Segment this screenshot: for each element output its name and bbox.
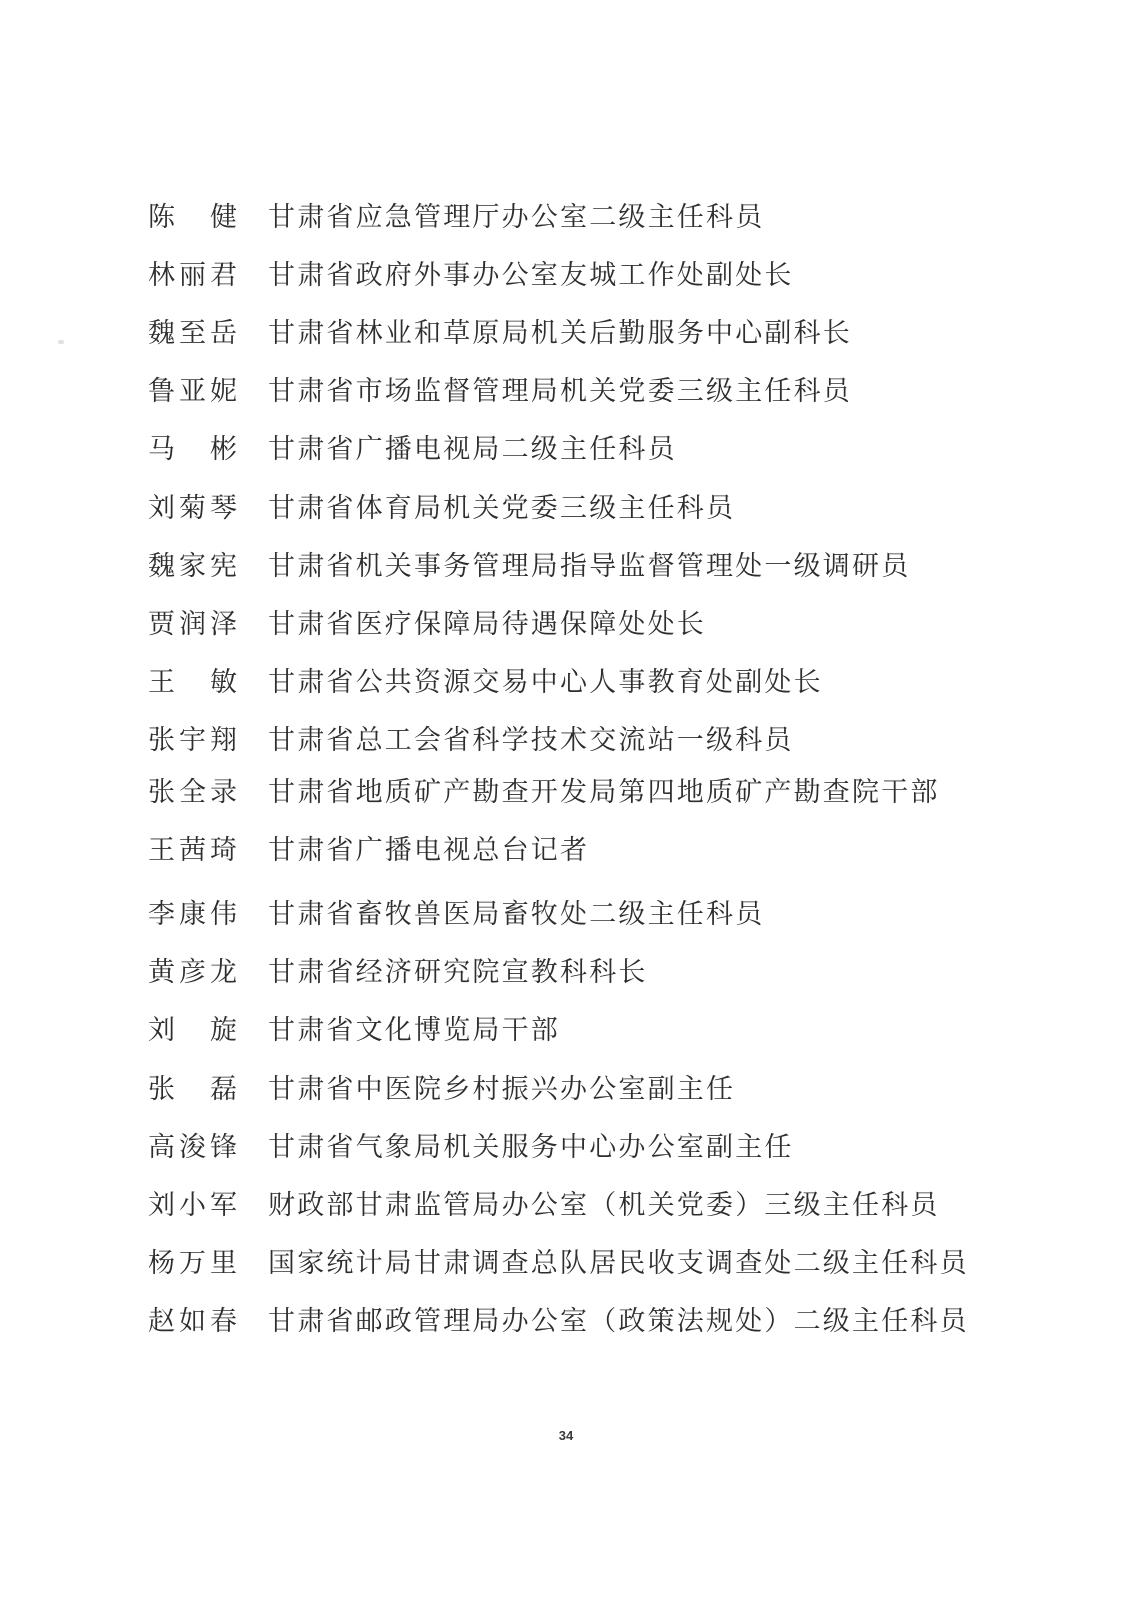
person-position: 甘肃省经济研究院宣教科科长 (268, 950, 648, 989)
name-char: 刘 (148, 1183, 176, 1222)
person-position: 甘肃省医疗保障局待遇保障处处长 (268, 602, 706, 641)
list-item: 刘小军财政部甘肃监管局办公室（机关党委）三级主任科员 (148, 1184, 940, 1220)
name-char: 君 (210, 253, 238, 292)
list-item: 张宇翔甘肃省总工会省科学技术交流站一级科员 (148, 719, 794, 755)
name-char: 琴 (210, 486, 238, 525)
name-char: 杨 (148, 1241, 176, 1280)
name-char: 魏 (148, 311, 176, 350)
person-name: 张宇翔 (148, 718, 238, 757)
list-item: 林丽君甘肃省政府外事办公室友城工作处副处长 (148, 254, 794, 290)
person-position: 甘肃省畜牧兽医局畜牧处二级主任科员 (268, 892, 764, 931)
list-item: 张全录甘肃省地质矿产勘查开发局第四地质矿产勘查院干部 (148, 771, 940, 807)
name-char: 浚 (179, 1125, 207, 1164)
person-name: 李康伟 (148, 892, 238, 931)
name-char: 旋 (210, 1008, 238, 1047)
person-name: 杨万里 (148, 1241, 238, 1280)
name-char: 翔 (210, 718, 238, 757)
name-char: 张 (148, 1067, 176, 1106)
scan-speck (58, 340, 64, 344)
person-name: 刘菊琴 (148, 486, 238, 525)
list-item: 马彬甘肃省广播电视局二级主任科员 (148, 428, 677, 464)
name-char: 张 (148, 718, 176, 757)
name-char: 丽 (179, 253, 207, 292)
person-name: 贾润泽 (148, 602, 238, 641)
list-item: 刘菊琴甘肃省体育局机关党委三级主任科员 (148, 487, 735, 523)
name-char: 宇 (179, 718, 207, 757)
name-char: 如 (179, 1299, 207, 1338)
name-char: 龙 (210, 950, 238, 989)
name-char: 里 (210, 1241, 238, 1280)
name-char: 敏 (210, 660, 238, 699)
document-page: 陈健甘肃省应急管理厅办公室二级主任科员林丽君甘肃省政府外事办公室友城工作处副处长… (0, 0, 1132, 1600)
list-item: 李康伟甘肃省畜牧兽医局畜牧处二级主任科员 (148, 893, 764, 929)
person-name: 魏家宪 (148, 544, 238, 583)
name-char: 宪 (210, 544, 238, 583)
name-char: 亚 (179, 369, 207, 408)
list-item: 魏家宪甘肃省机关事务管理局指导监督管理处一级调研员 (148, 545, 910, 581)
person-name: 王敏 (148, 660, 238, 699)
name-char: 录 (210, 770, 238, 809)
person-position: 甘肃省应急管理厅办公室二级主任科员 (268, 195, 764, 234)
name-char: 魏 (148, 544, 176, 583)
name-char: 陈 (148, 195, 176, 234)
name-char: 岳 (210, 311, 238, 350)
person-position: 甘肃省邮政管理局办公室（政策法规处）二级主任科员 (268, 1299, 969, 1338)
name-char: 锋 (210, 1125, 238, 1164)
person-position: 甘肃省地质矿产勘查开发局第四地质矿产勘查院干部 (268, 770, 940, 809)
person-position: 甘肃省文化博览局干部 (268, 1008, 560, 1047)
list-item: 黄彦龙甘肃省经济研究院宣教科科长 (148, 951, 648, 987)
person-position: 甘肃省林业和草原局机关后勤服务中心副科长 (268, 311, 852, 350)
person-position: 甘肃省公共资源交易中心人事教育处副处长 (268, 660, 823, 699)
person-position: 国家统计局甘肃调查总队居民收支调查处二级主任科员 (268, 1241, 969, 1280)
name-char: 菊 (179, 486, 207, 525)
person-name: 刘小军 (148, 1183, 238, 1222)
list-item: 王茜琦甘肃省广播电视总台记者 (148, 829, 589, 865)
name-char: 王 (148, 828, 176, 867)
person-name: 高浚锋 (148, 1125, 238, 1164)
list-item: 贾润泽甘肃省医疗保障局待遇保障处处长 (148, 603, 706, 639)
person-name: 赵如春 (148, 1299, 238, 1338)
name-char: 全 (179, 770, 207, 809)
name-char: 马 (148, 427, 176, 466)
name-char: 健 (210, 195, 238, 234)
name-char: 至 (179, 311, 207, 350)
list-item: 鲁亚妮甘肃省市场监督管理局机关党委三级主任科员 (148, 370, 852, 406)
name-char: 妮 (210, 369, 238, 408)
list-item: 魏至岳甘肃省林业和草原局机关后勤服务中心副科长 (148, 312, 852, 348)
person-name: 陈健 (148, 195, 238, 234)
person-position: 甘肃省中医院乡村振兴办公室副主任 (268, 1067, 735, 1106)
list-item: 刘旋甘肃省文化博览局干部 (148, 1009, 560, 1045)
name-char: 琦 (210, 828, 238, 867)
name-char: 林 (148, 253, 176, 292)
person-position: 甘肃省体育局机关党委三级主任科员 (268, 486, 735, 525)
name-char: 彦 (179, 950, 207, 989)
name-char: 李 (148, 892, 176, 931)
name-char: 润 (179, 602, 207, 641)
name-char: 高 (148, 1125, 176, 1164)
person-name: 马彬 (148, 427, 238, 466)
person-position: 甘肃省广播电视局二级主任科员 (268, 427, 677, 466)
person-name: 刘旋 (148, 1008, 238, 1047)
name-char: 万 (179, 1241, 207, 1280)
person-name: 魏至岳 (148, 311, 238, 350)
name-char: 康 (179, 892, 207, 931)
name-char: 赵 (148, 1299, 176, 1338)
list-item: 高浚锋甘肃省气象局机关服务中心办公室副主任 (148, 1126, 794, 1162)
person-name: 张全录 (148, 770, 238, 809)
name-char: 鲁 (148, 369, 176, 408)
name-char: 茜 (179, 828, 207, 867)
list-item: 王敏甘肃省公共资源交易中心人事教育处副处长 (148, 661, 823, 697)
name-char: 刘 (148, 1008, 176, 1047)
list-item: 陈健甘肃省应急管理厅办公室二级主任科员 (148, 196, 764, 232)
person-position: 财政部甘肃监管局办公室（机关党委）三级主任科员 (268, 1183, 940, 1222)
list-item: 张磊甘肃省中医院乡村振兴办公室副主任 (148, 1068, 735, 1104)
person-name: 林丽君 (148, 253, 238, 292)
person-name: 鲁亚妮 (148, 369, 238, 408)
name-char: 泽 (210, 602, 238, 641)
name-char: 春 (210, 1299, 238, 1338)
list-item: 赵如春甘肃省邮政管理局办公室（政策法规处）二级主任科员 (148, 1300, 969, 1336)
person-position: 甘肃省总工会省科学技术交流站一级科员 (268, 718, 794, 757)
person-name: 王茜琦 (148, 828, 238, 867)
page-number: 34 (0, 1428, 1132, 1443)
name-char: 张 (148, 770, 176, 809)
name-char: 磊 (210, 1067, 238, 1106)
person-position: 甘肃省市场监督管理局机关党委三级主任科员 (268, 369, 852, 408)
name-char: 贾 (148, 602, 176, 641)
person-position: 甘肃省气象局机关服务中心办公室副主任 (268, 1125, 794, 1164)
name-char: 军 (210, 1183, 238, 1222)
person-position: 甘肃省机关事务管理局指导监督管理处一级调研员 (268, 544, 910, 583)
name-char: 家 (179, 544, 207, 583)
name-char: 王 (148, 660, 176, 699)
name-char: 小 (179, 1183, 207, 1222)
person-name: 黄彦龙 (148, 950, 238, 989)
person-position: 甘肃省广播电视总台记者 (268, 828, 589, 867)
name-char: 伟 (210, 892, 238, 931)
name-char: 黄 (148, 950, 176, 989)
person-position: 甘肃省政府外事办公室友城工作处副处长 (268, 253, 794, 292)
list-item: 杨万里国家统计局甘肃调查总队居民收支调查处二级主任科员 (148, 1242, 969, 1278)
person-name: 张磊 (148, 1067, 238, 1106)
name-char: 刘 (148, 486, 176, 525)
name-char: 彬 (210, 427, 238, 466)
